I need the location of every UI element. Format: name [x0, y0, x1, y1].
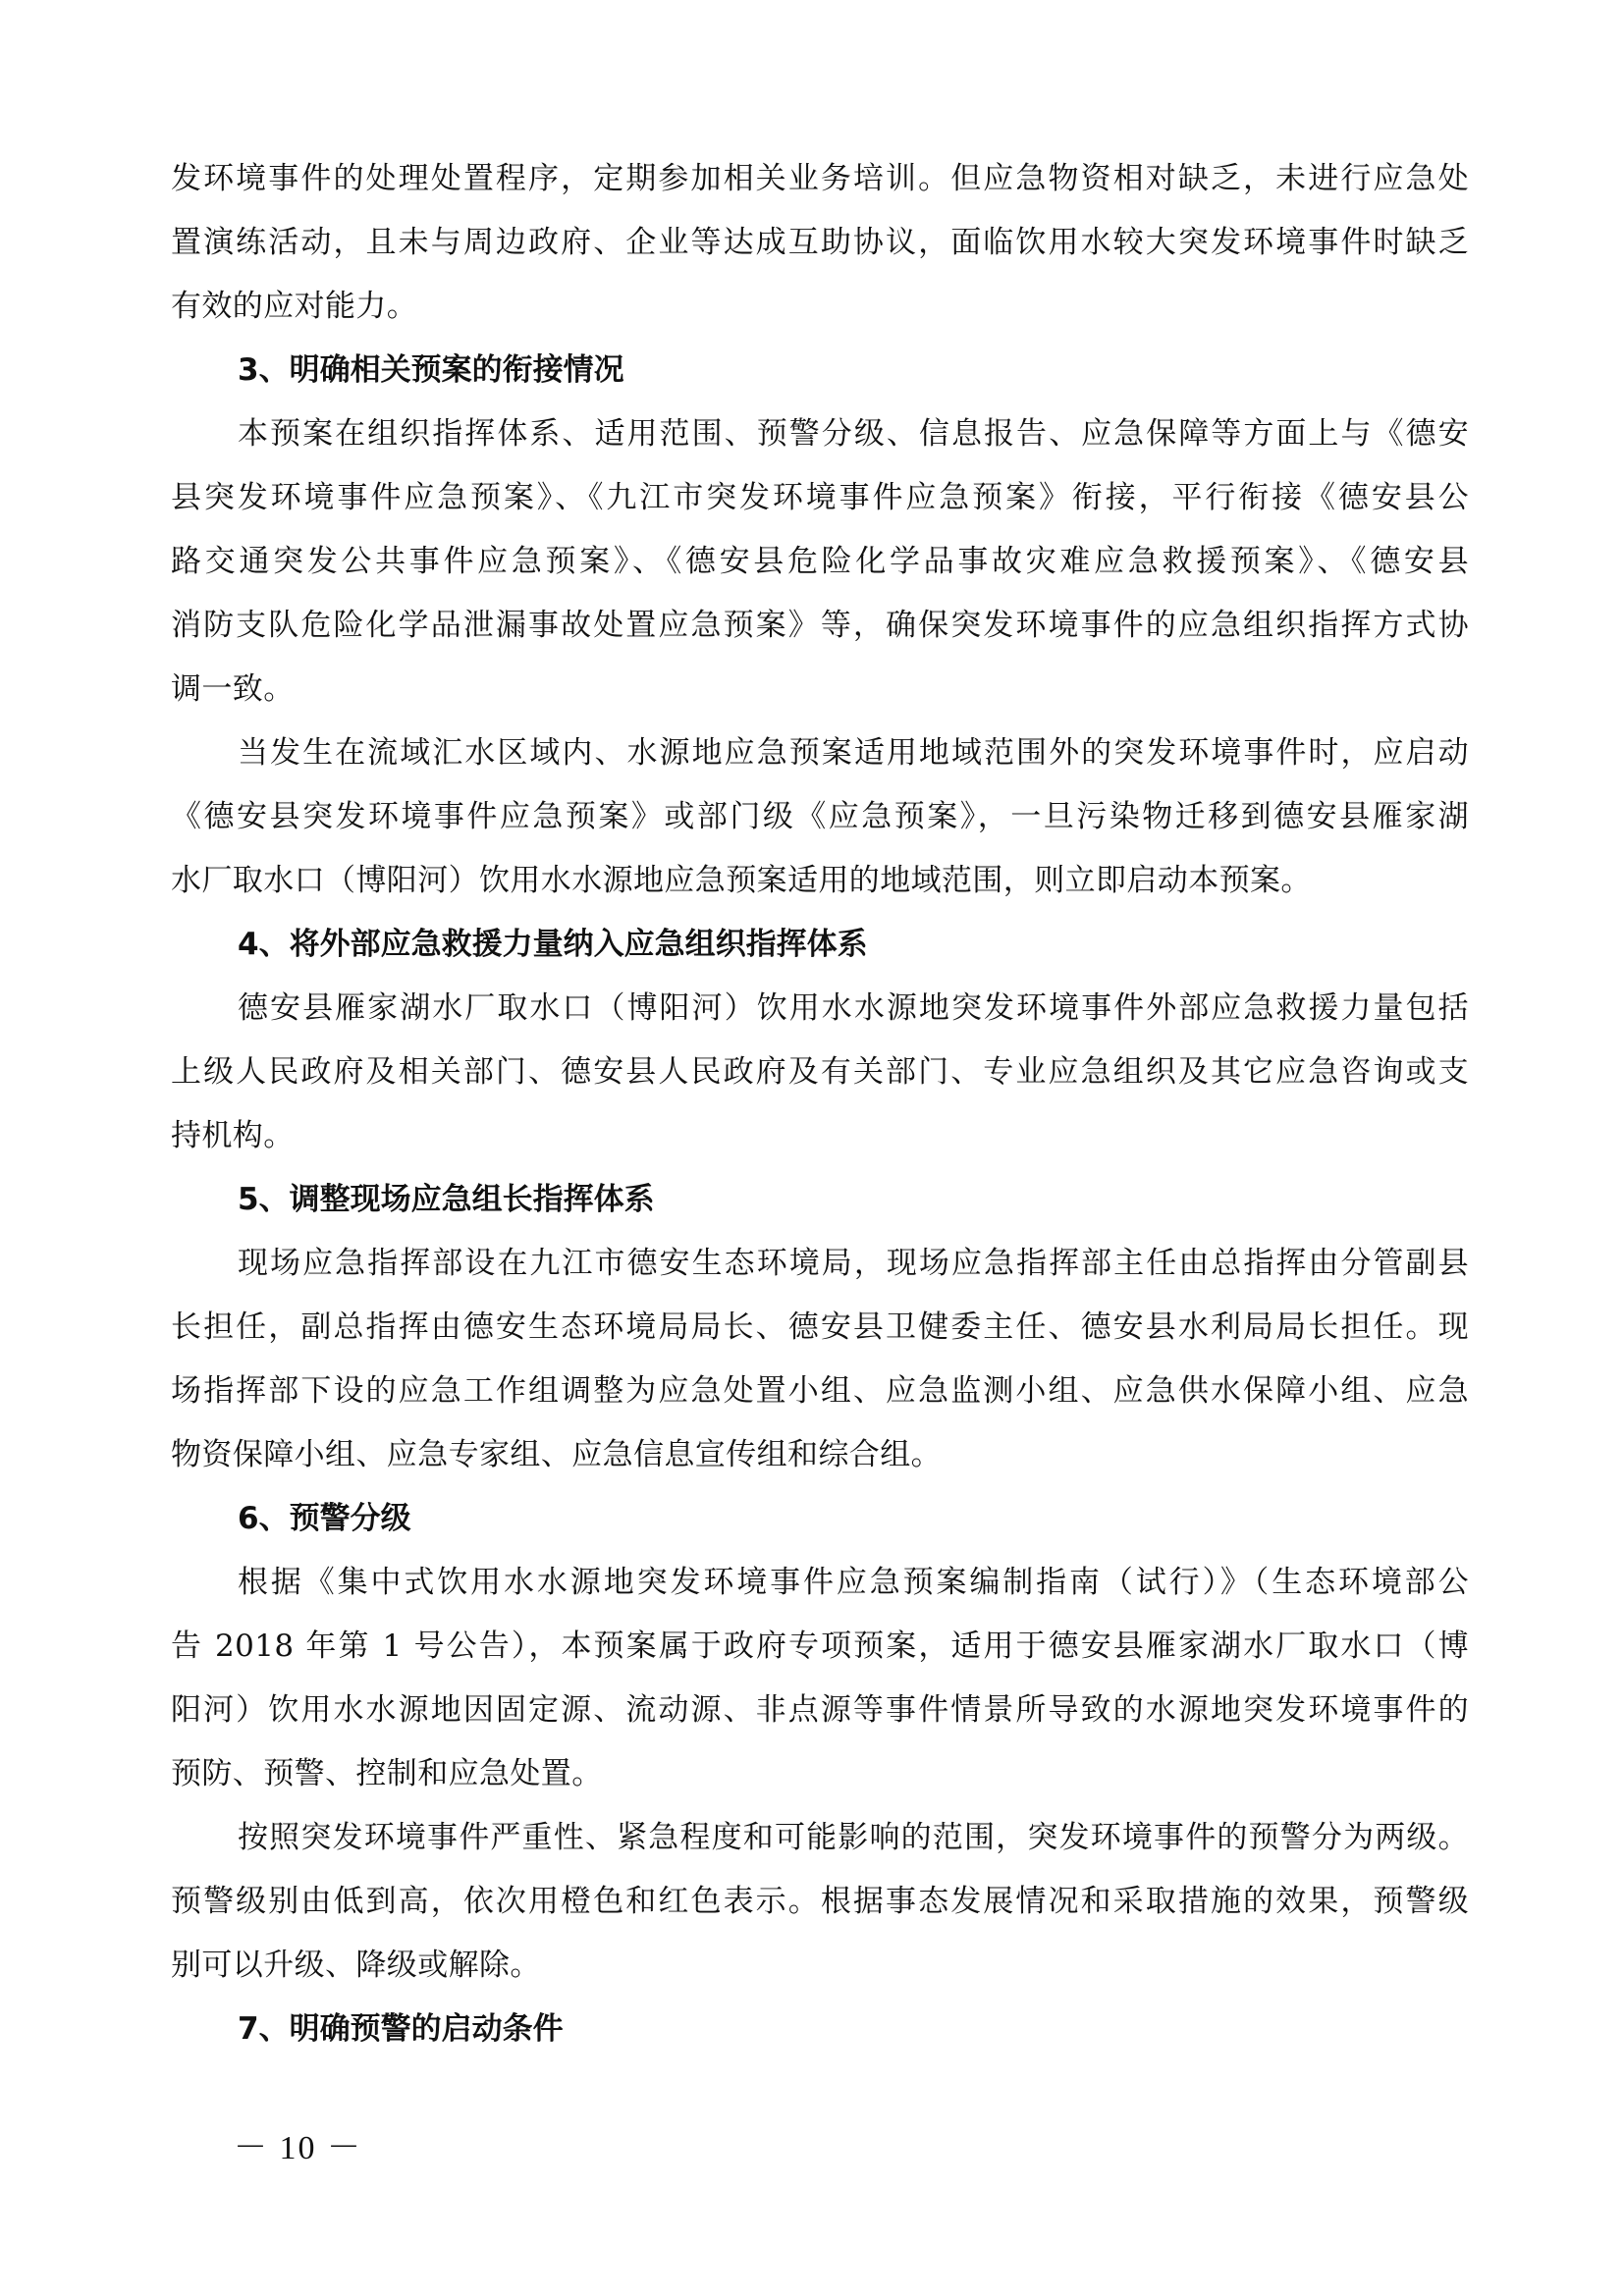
text-line: 物资保障小组、应急专家组、应急信息宣传组和综合组。	[171, 1423, 1469, 1487]
text-line: 场指挥部下设的应急工作组调整为应急处置小组、应急监测小组、应急供水保障小组、应急	[171, 1360, 1469, 1423]
text-line: 有效的应对能力。	[171, 275, 1469, 339]
text-line: 现场应急指挥部设在九江市德安生态环境局，现场应急指挥部主任由总指挥由分管副县	[171, 1232, 1469, 1296]
paragraph-warning-levels: 按照突发环境事件严重性、紧急程度和可能影响的范围，突发环境事件的预警分为两级。 …	[171, 1806, 1469, 1998]
text-line: 当发生在流域汇水区域内、水源地应急预案适用地域范围外的突发环境事件时，应启动	[171, 721, 1469, 785]
text-line: 路交通突发公共事件应急预案》、《德安县危险化学品事故灾难应急救援预案》、《德安县	[171, 530, 1469, 594]
document-page: 发环境事件的处理处置程序，定期参加相关业务培训。但应急物资相对缺乏，未进行应急处…	[171, 147, 1469, 2061]
text-line: 水厂取水口（博阳河）饮用水水源地应急预案适用的地域范围，则立即启动本预案。	[171, 849, 1469, 913]
paragraph-emergency-capability: 发环境事件的处理处置程序，定期参加相关业务培训。但应急物资相对缺乏，未进行应急处…	[171, 147, 1469, 339]
text-line: 持机构。	[171, 1104, 1469, 1168]
paragraph-plan-activation: 当发生在流域汇水区域内、水源地应急预案适用地域范围外的突发环境事件时，应启动 《…	[171, 721, 1469, 913]
paragraph-onsite-command: 现场应急指挥部设在九江市德安生态环境局，现场应急指挥部主任由总指挥由分管副县 长…	[171, 1232, 1469, 1487]
text-line: 德安县雁家湖水厂取水口（博阳河）饮用水水源地突发环境事件外部应急救援力量包括	[171, 977, 1469, 1041]
text-line: 阳河）饮用水水源地因固定源、流动源、非点源等事件情景所导致的水源地突发环境事件的	[171, 1679, 1469, 1742]
page-number: － 10 －	[234, 2120, 362, 2168]
paragraph-external-rescue: 德安县雁家湖水厂取水口（博阳河）饮用水水源地突发环境事件外部应急救援力量包括 上…	[171, 977, 1469, 1168]
text-line: 根据《集中式饮用水水源地突发环境事件应急预案编制指南（试行）》（生态环境部公	[171, 1551, 1469, 1615]
section-heading-5: 5、调整现场应急组长指挥体系	[171, 1168, 1469, 1232]
text-line: 长担任，副总指挥由德安生态环境局局长、德安县卫健委主任、德安县水利局局长担任。现	[171, 1296, 1469, 1360]
section-heading-4: 4、将外部应急救援力量纳入应急组织指挥体系	[171, 913, 1469, 977]
text-line: 按照突发环境事件严重性、紧急程度和可能影响的范围，突发环境事件的预警分为两级。	[171, 1806, 1469, 1870]
section-heading-7: 7、明确预警的启动条件	[171, 1998, 1469, 2061]
text-line: 预警级别由低到高，依次用橙色和红色表示。根据事态发展情况和采取措施的效果，预警级	[171, 1870, 1469, 1934]
section-heading-6: 6、预警分级	[171, 1487, 1469, 1551]
paragraph-plan-linkage: 本预案在组织指挥体系、适用范围、预警分级、信息报告、应急保障等方面上与《德安 县…	[171, 402, 1469, 721]
text-line: 上级人民政府及相关部门、德安县人民政府及有关部门、专业应急组织及其它应急咨询或支	[171, 1041, 1469, 1104]
text-line: 置演练活动，且未与周边政府、企业等达成互助协议，面临饮用水较大突发环境事件时缺乏	[171, 211, 1469, 275]
text-line: 别可以升级、降级或解除。	[171, 1934, 1469, 1998]
text-line: 告 2018 年第 1 号公告），本预案属于政府专项预案，适用于德安县雁家湖水厂…	[171, 1615, 1469, 1679]
section-heading-3: 3、明确相关预案的衔接情况	[171, 339, 1469, 402]
text-line: 发环境事件的处理处置程序，定期参加相关业务培训。但应急物资相对缺乏，未进行应急处	[171, 147, 1469, 211]
text-line: 县突发环境事件应急预案》、《九江市突发环境事件应急预案》衔接，平行衔接《德安县公	[171, 466, 1469, 530]
text-line: 消防支队危险化学品泄漏事故处置应急预案》等，确保突发环境事件的应急组织指挥方式协	[171, 594, 1469, 658]
text-line: 调一致。	[171, 658, 1469, 721]
text-line: 本预案在组织指挥体系、适用范围、预警分级、信息报告、应急保障等方面上与《德安	[171, 402, 1469, 466]
paragraph-warning-basis: 根据《集中式饮用水水源地突发环境事件应急预案编制指南（试行）》（生态环境部公 告…	[171, 1551, 1469, 1806]
text-line: 预防、预警、控制和应急处置。	[171, 1742, 1469, 1806]
text-line: 《德安县突发环境事件应急预案》或部门级《应急预案》，一旦污染物迁移到德安县雁家湖	[171, 785, 1469, 849]
